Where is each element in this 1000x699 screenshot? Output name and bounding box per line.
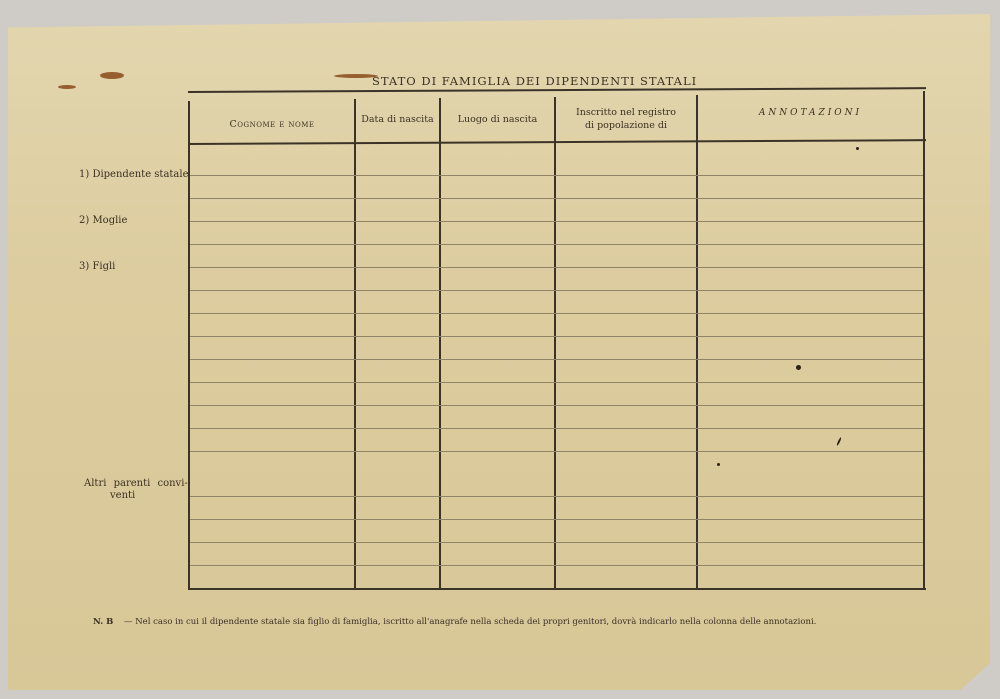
col-divider [439, 98, 441, 589]
row-label-wife: 2) Moglie [79, 215, 127, 226]
row-rule [190, 313, 923, 314]
row-label-employee: 1) Dipendente statale [79, 169, 189, 180]
column-header-annotations: ANNOTAZIONI [698, 107, 923, 120]
row-label-children: 3) Figli [79, 261, 115, 272]
column-header-name: Cognome e nome [190, 118, 354, 131]
ink-speck [856, 147, 859, 150]
column-header-birth-date: Data di nascita [356, 113, 439, 126]
ink-speck [796, 365, 801, 370]
row-rule [190, 565, 923, 566]
row-rule [190, 267, 923, 268]
row-rule [190, 359, 923, 360]
ink-speck [717, 463, 720, 466]
row-rule [190, 290, 923, 291]
row-rule [190, 542, 923, 543]
row-rule [190, 382, 923, 383]
row-rule [190, 519, 923, 520]
header-bottom-rule [188, 139, 926, 145]
table-bottom-rule [188, 588, 926, 590]
footnote-prefix: N. B [93, 617, 113, 627]
col-divider [554, 97, 556, 589]
form-title: STATO DI FAMIGLIA DEI DIPENDENTI STATALI [372, 74, 697, 88]
row-rule [190, 198, 923, 199]
row-rule [190, 336, 923, 337]
row-rule [190, 244, 923, 245]
row-rule [190, 428, 923, 429]
row-label-other-relatives: Altri parenti convi- venti [84, 478, 188, 502]
rust-stain [100, 72, 124, 79]
col-divider [354, 99, 356, 589]
col-divider [923, 91, 925, 589]
footnote: N. B — Nel caso in cui il dipendente sta… [93, 617, 816, 627]
row-rule [190, 405, 923, 406]
row-rule [190, 451, 923, 452]
row-rule [190, 175, 923, 176]
rust-stain [58, 85, 76, 89]
column-header-birthplace: Luogo di nascita [441, 113, 554, 126]
col-divider [696, 95, 698, 589]
row-rule [190, 221, 923, 222]
column-header-registry: Inscritto nel registro di popolazione di [556, 106, 696, 132]
footnote-text: — Nel caso in cui il dipendente statale … [124, 617, 816, 627]
row-rule [190, 496, 923, 497]
family-table: Cognome e nome Data di nascita Luogo di … [188, 91, 926, 589]
